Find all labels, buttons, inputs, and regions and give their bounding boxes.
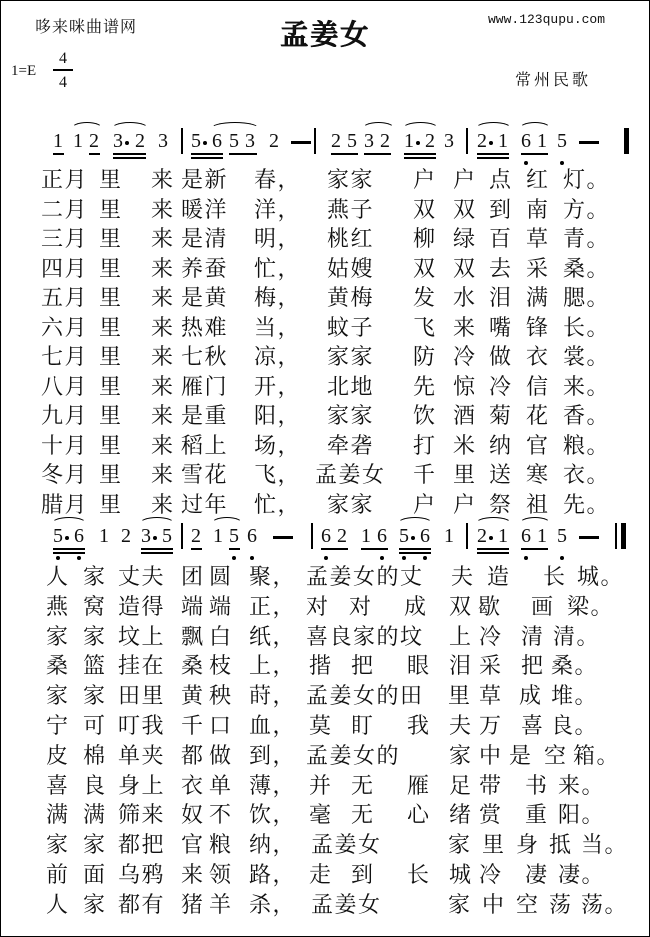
lyric-syllable: 足 — [449, 773, 473, 799]
key-signature: 1=E — [11, 63, 36, 80]
lyric-syllable: 三月 — [41, 226, 88, 252]
octave-dot — [402, 556, 406, 560]
sixteenth-beam — [53, 548, 85, 554]
lyric-syllable: 来 — [151, 285, 175, 311]
note-digit: 6 — [521, 130, 531, 152]
lyric-syllable: 纸， — [249, 624, 296, 650]
lyric-syllable: 盯 — [351, 713, 375, 739]
lyric-syllable: 桑。 — [551, 653, 598, 679]
lyric-syllable: 防 — [413, 344, 437, 370]
lyric-syllable: 里 — [99, 492, 123, 518]
meter-fraction-bar — [53, 69, 73, 71]
lyric-syllable: 叮我 — [118, 713, 165, 739]
lyric-syllable: 腮。 — [563, 285, 610, 311]
lyric-syllable: 户 — [413, 492, 437, 518]
lyric-syllable: 成 — [404, 594, 428, 620]
lyric-syllable: 都有 — [118, 892, 165, 918]
lyric-syllable: 里 — [99, 315, 123, 341]
lyric-syllable: 阳， — [254, 403, 301, 429]
lyric-syllable: 桑 — [46, 653, 70, 679]
lyric-syllable: 中 — [479, 743, 503, 769]
eighth-beam — [361, 548, 388, 550]
eighth-beam — [53, 153, 64, 155]
lyric-syllable: 纳 — [489, 433, 513, 459]
lyric-syllable: 衣。 — [563, 462, 610, 488]
lyric-syllable: 粮。 — [563, 433, 610, 459]
lyric-syllable: 米 — [453, 433, 477, 459]
lyric-row: 腊月里来过年忙，家家户户祭祖先。 — [1, 492, 650, 532]
lyric-syllable: 去 — [489, 256, 513, 282]
lyric-syllable: 来 — [151, 197, 175, 223]
lyric-syllable: 我 — [407, 713, 431, 739]
lyric-syllable: 不 — [209, 802, 233, 828]
note-digit: 5 — [557, 130, 567, 152]
lyric-syllable: 造得 — [118, 594, 165, 620]
dot-separator — [489, 536, 493, 540]
lyric-syllable: 成 — [519, 683, 543, 709]
lyric-syllable: 丈夫 — [118, 564, 165, 590]
lyric-syllable: 清。 — [553, 624, 600, 650]
lyric-syllable: 皮 — [46, 743, 70, 769]
lyric-syllable: 里 — [448, 683, 472, 709]
lyric-syllable: 良。 — [551, 713, 598, 739]
lyric-syllable: 冷 — [453, 344, 477, 370]
lyric-syllable: 嘴 — [489, 315, 513, 341]
lyric-syllable: 到， — [249, 743, 296, 769]
lyric-syllable: 是 — [509, 743, 533, 769]
lyric-syllable: 来 — [151, 492, 175, 518]
lyric-syllable: 梁。 — [567, 594, 614, 620]
lyric-syllable: 到 — [351, 862, 375, 888]
lyric-syllable: 棉 — [83, 743, 107, 769]
lyric-syllable: 二月 — [41, 197, 88, 223]
dot-separator — [125, 141, 129, 145]
lyric-syllable: 里 — [99, 433, 123, 459]
lyric-syllable: 衣 — [526, 344, 550, 370]
octave-dot — [560, 161, 564, 165]
lyric-syllable: 梅， — [254, 285, 301, 311]
barline — [314, 128, 316, 154]
lyric-syllable: 雪花 — [181, 462, 228, 488]
lyric-syllable: 送 — [489, 462, 513, 488]
octave-dot — [250, 556, 254, 560]
lyric-syllable: 聚， — [249, 564, 296, 590]
lyric-syllable: 花 — [526, 403, 550, 429]
lyric-syllable: 歇 — [478, 594, 502, 620]
lyric-syllable: 挂在 — [118, 653, 165, 679]
lyric-syllable: 都 — [181, 743, 205, 769]
lyric-syllable: 夫 — [449, 713, 473, 739]
lyric-syllable: 孟姜女的 — [306, 743, 400, 769]
lyric-syllable: 双 — [453, 197, 477, 223]
lyric-syllable: 蚊子 — [327, 315, 374, 341]
time-signature: 4 4 — [53, 49, 73, 92]
lyric-syllable: 可 — [83, 713, 107, 739]
lyric-syllable: 喜 — [521, 713, 545, 739]
octave-dot — [324, 556, 328, 560]
lyric-syllable: 奴 — [181, 802, 205, 828]
lyric-syllable: 水 — [453, 285, 477, 311]
lyric-syllable: 饮 — [413, 403, 437, 429]
lyric-syllable: 先 — [413, 374, 437, 400]
lyric-syllable: 圆 — [209, 564, 233, 590]
lyric-syllable: 场， — [254, 433, 301, 459]
lyric-syllable: 杀， — [249, 892, 296, 918]
lyric-syllable: 柳 — [413, 226, 437, 252]
note-digit: 2 — [380, 130, 390, 152]
lyric-syllable: 牵砻 — [327, 433, 374, 459]
lyric-syllable: 无 — [351, 773, 375, 799]
lyric-syllable: 打 — [413, 433, 437, 459]
lyric-syllable: 做 — [209, 743, 233, 769]
lyric-syllable: 无 — [351, 802, 375, 828]
lyric-syllable: 家 — [46, 624, 70, 650]
lyric-syllable: 雁门 — [181, 374, 228, 400]
lyric-syllable: 抵 — [549, 832, 573, 858]
note-digit: 1 — [53, 130, 63, 152]
lyric-syllable: 桑 — [181, 653, 205, 679]
lyric-syllable: 双 — [449, 594, 473, 620]
lyric-syllable: 燕 — [46, 594, 70, 620]
lyric-syllable: 南 — [526, 197, 550, 223]
lyric-syllable: 燕子 — [327, 197, 374, 223]
lyric-syllable: 桃红 — [327, 226, 374, 252]
lyric-syllable: 长 — [407, 862, 431, 888]
lyric-syllable: 绪 — [449, 802, 473, 828]
note-digit: 3 — [364, 130, 374, 152]
lyric-syllable: 前 — [46, 862, 70, 888]
lyric-syllable: 四月 — [41, 256, 88, 282]
octave-dot — [232, 556, 236, 560]
eighth-beam — [364, 153, 391, 155]
lyric-syllable: 万 — [479, 713, 503, 739]
lyric-syllable: 信 — [526, 374, 550, 400]
eighth-beam — [521, 548, 548, 550]
note-digit: 3 — [245, 130, 255, 152]
lyric-syllable: 泪 — [489, 285, 513, 311]
lyric-syllable: 赏 — [479, 802, 503, 828]
lyric-syllable: 凄 — [525, 862, 549, 888]
lyric-syllable: 采 — [526, 256, 550, 282]
lyric-syllable: 里 — [482, 832, 506, 858]
lyric-syllable: 家 — [83, 832, 107, 858]
lyric-syllable: 家 — [448, 892, 472, 918]
sixteenth-beam — [191, 153, 223, 159]
lyric-syllable: 羊 — [209, 892, 233, 918]
lyric-syllable: 城 — [449, 862, 473, 888]
lyric-syllable: 黄梅 — [327, 285, 374, 311]
lyric-syllable: 里 — [453, 462, 477, 488]
lyric-syllable: 洋， — [254, 197, 301, 223]
lyric-syllable: 莳， — [249, 683, 296, 709]
note-digit: 2 — [425, 130, 435, 152]
dot-separator — [416, 141, 420, 145]
eighth-beam — [89, 153, 100, 155]
octave-dot — [77, 556, 81, 560]
lyric-syllable: 泪 — [449, 653, 473, 679]
lyric-syllable: 冷 — [489, 374, 513, 400]
dot-separator — [153, 536, 157, 540]
lyric-syllable: 忙， — [254, 256, 301, 282]
lyric-syllable: 千 — [413, 462, 437, 488]
lyric-syllable: 身上 — [118, 773, 165, 799]
lyric-syllable: 家家 — [327, 403, 374, 429]
lyric-syllable: 寒 — [526, 462, 550, 488]
lyric-syllable: 端 — [209, 594, 233, 620]
note-digit: 3 — [158, 130, 168, 152]
duration-dash — [291, 141, 311, 144]
lyric-syllable: 桑。 — [563, 256, 610, 282]
lyric-syllable: 家家 — [327, 167, 374, 193]
lyric-syllable: 腊月 — [41, 492, 88, 518]
octave-dot — [560, 556, 564, 560]
lyric-syllable: 当。 — [581, 832, 628, 858]
sheet-music-page: 哆来咪曲谱网 孟姜女 www.123qupu.com 1=E 4 4 常州民歌 … — [0, 0, 650, 937]
lyric-syllable: 家家 — [327, 344, 374, 370]
lyric-syllable: 里 — [99, 226, 123, 252]
lyric-syllable: 箱。 — [573, 743, 620, 769]
lyric-syllable: 里 — [99, 285, 123, 311]
end-barline — [624, 128, 629, 154]
lyric-syllable: 单 — [209, 773, 233, 799]
lyric-syllable: 面 — [83, 862, 107, 888]
sixteenth-beam — [399, 548, 431, 554]
lyric-syllable: 满 — [83, 802, 107, 828]
lyric-syllable: 毫 — [309, 802, 333, 828]
lyric-syllable: 来 — [151, 344, 175, 370]
lyric-syllable: 里 — [99, 344, 123, 370]
song-origin: 常州民歌 — [515, 67, 591, 90]
lyric-syllable: 造 — [487, 564, 511, 590]
eighth-beam — [521, 153, 548, 155]
lyric-syllable: 千 — [181, 713, 205, 739]
meter-numerator: 4 — [53, 49, 73, 68]
lyric-syllable: 当， — [254, 315, 301, 341]
lyric-syllable: 双 — [413, 197, 437, 223]
note-digit: 1 — [498, 130, 508, 152]
lyric-syllable: 香。 — [563, 403, 610, 429]
lyric-syllable: 来。 — [563, 374, 610, 400]
lyric-syllable: 血， — [249, 713, 296, 739]
lyric-syllable: 走 — [309, 862, 333, 888]
lyric-syllable: 长 — [543, 564, 567, 590]
lyric-syllable: 满 — [46, 802, 70, 828]
site-url: www.123qupu.com — [488, 12, 605, 27]
note-digit: 2 — [135, 130, 145, 152]
lyric-syllable: 来 — [151, 315, 175, 341]
octave-dot — [56, 556, 60, 560]
sixteenth-beam — [477, 153, 509, 159]
lyric-syllable: 姑嫂 — [327, 256, 374, 282]
lyric-syllable: 是清 — [181, 226, 228, 252]
note-digit: 2 — [269, 130, 279, 152]
lyric-syllable: 清 — [521, 624, 545, 650]
lyric-syllable: 孟姜女 — [315, 462, 386, 488]
lyric-syllable: 对 — [349, 594, 373, 620]
lyric-syllable: 到 — [489, 197, 513, 223]
lyric-syllable: 人 — [46, 892, 70, 918]
lyric-syllable: 书 — [525, 773, 549, 799]
lyric-syllable: 薄， — [249, 773, 296, 799]
lyric-syllable: 空 — [544, 743, 568, 769]
lyric-syllable: 双 — [453, 256, 477, 282]
lyric-syllable: 猪 — [181, 892, 205, 918]
lyric-syllable: 筛来 — [118, 802, 165, 828]
duration-dash — [579, 536, 599, 539]
lyric-syllable: 红 — [526, 167, 550, 193]
lyric-syllable: 来 — [453, 315, 477, 341]
lyric-syllable: 青。 — [563, 226, 610, 252]
lyric-syllable: 养蚕 — [181, 256, 228, 282]
lyric-syllable: 雁 — [407, 773, 431, 799]
sixteenth-beam — [477, 548, 509, 554]
eighth-beam — [229, 548, 240, 550]
lyric-syllable: 心 — [407, 802, 431, 828]
lyric-syllable: 是重 — [181, 403, 228, 429]
barline — [466, 128, 468, 154]
lyric-syllable: 家 — [46, 832, 70, 858]
dot-separator — [203, 141, 207, 145]
lyric-syllable: 家 — [46, 683, 70, 709]
lyric-syllable: 官 — [526, 433, 550, 459]
lyric-syllable: 眼 — [407, 653, 431, 679]
lyric-syllable: 荡。 — [581, 892, 628, 918]
lyric-syllable: 坟上 — [118, 624, 165, 650]
lyric-syllable: 衣 — [181, 773, 205, 799]
lyric-syllable: 暖洋 — [181, 197, 228, 223]
lyric-row: 人家都有猪羊杀，孟姜女家中空荡荡。 — [1, 892, 650, 932]
lyric-syllable: 里 — [99, 403, 123, 429]
lyric-syllable: 上 — [449, 624, 473, 650]
lyric-syllable: 家 — [83, 564, 107, 590]
lyric-syllable: 孟姜女的田 — [306, 683, 424, 709]
lyric-syllable: 黄 — [181, 683, 205, 709]
lyric-syllable: 开， — [254, 374, 301, 400]
note-digit: 1 — [73, 130, 83, 152]
note-digit: 1 — [404, 130, 414, 152]
sixteenth-beam — [141, 548, 173, 554]
lyric-syllable: 身 — [516, 832, 540, 858]
note-digit: 5 — [229, 130, 239, 152]
lyric-syllable: 夫 — [451, 564, 475, 590]
note-digit: 3 — [113, 130, 123, 152]
duration-dash — [273, 536, 293, 539]
lyric-syllable: 八月 — [41, 374, 88, 400]
lyric-syllable: 孟姜女的丈 — [306, 564, 424, 590]
lyric-syllable: 锋 — [526, 315, 550, 341]
lyric-syllable: 来 — [181, 862, 205, 888]
note-digit: 2 — [477, 130, 487, 152]
lyric-syllable: 重 — [525, 802, 549, 828]
lyric-syllable: 乌鸦 — [118, 862, 165, 888]
lyric-syllable: 家 — [83, 892, 107, 918]
lyric-syllable: 裳。 — [563, 344, 610, 370]
lyric-syllable: 正， — [249, 594, 296, 620]
lyric-syllable: 里 — [99, 374, 123, 400]
lyric-syllable: 来。 — [558, 773, 605, 799]
lyric-syllable: 莫 — [309, 713, 333, 739]
lyric-syllable: 发 — [413, 285, 437, 311]
lyric-syllable: 满 — [526, 285, 550, 311]
lyric-syllable: 家 — [83, 683, 107, 709]
lyric-syllable: 喜良家的坟 — [306, 624, 424, 650]
lyric-syllable: 方。 — [563, 197, 610, 223]
lyric-syllable: 粮 — [209, 832, 233, 858]
lyric-syllable: 菊 — [489, 403, 513, 429]
lyric-syllable: 田里 — [118, 683, 165, 709]
lyric-syllable: 冷 — [479, 862, 503, 888]
lyric-syllable: 做 — [489, 344, 513, 370]
lyric-syllable: 热难 — [181, 315, 228, 341]
lyric-syllable: 里 — [99, 462, 123, 488]
note-digit: 3 — [444, 130, 454, 152]
lyric-syllable: 冷 — [479, 624, 503, 650]
lyric-syllable: 阳。 — [558, 802, 605, 828]
lyric-syllable: 绿 — [453, 226, 477, 252]
lyric-syllable: 秧 — [209, 683, 233, 709]
lyric-syllable: 枝 — [209, 653, 233, 679]
lyric-syllable: 来 — [151, 462, 175, 488]
lyric-syllable: 揩 — [309, 653, 333, 679]
lyric-syllable: 来 — [151, 226, 175, 252]
lyric-syllable: 长。 — [563, 315, 610, 341]
lyric-syllable: 官 — [181, 832, 205, 858]
lyric-syllable: 孟姜女 — [311, 892, 382, 918]
lyric-syllable: 饮， — [249, 802, 296, 828]
lyric-syllable: 团 — [181, 564, 205, 590]
note-digit: 2 — [331, 130, 341, 152]
lyric-syllable: 画 — [531, 594, 555, 620]
lyric-syllable: 上， — [249, 653, 296, 679]
lyric-syllable: 来 — [151, 167, 175, 193]
lyric-syllable: 人 — [46, 564, 70, 590]
lyric-syllable: 百 — [489, 226, 513, 252]
lyric-syllable: 中 — [482, 892, 506, 918]
lyric-syllable: 路， — [249, 862, 296, 888]
lyric-syllable: 正月 — [41, 167, 88, 193]
lyric-syllable: 户 — [413, 167, 437, 193]
lyric-syllable: 里 — [99, 197, 123, 223]
lyric-syllable: 稻上 — [181, 433, 228, 459]
lyric-syllable: 来 — [151, 256, 175, 282]
lyric-syllable: 口 — [209, 713, 233, 739]
lyric-syllable: 并 — [309, 773, 333, 799]
note-digit: 5 — [191, 130, 201, 152]
note-digit: 1 — [537, 130, 547, 152]
lyric-syllable: 双 — [413, 256, 437, 282]
lyric-syllable: 空 — [516, 892, 540, 918]
note-digit: 6 — [212, 130, 222, 152]
lyric-syllable: 对 — [306, 594, 330, 620]
lyric-syllable: 带 — [479, 773, 503, 799]
sixteenth-beam — [404, 153, 436, 159]
octave-dot — [524, 556, 528, 560]
sixteenth-beam — [113, 153, 146, 159]
lyric-syllable: 来 — [151, 403, 175, 429]
lyric-syllable: 明， — [254, 226, 301, 252]
lyric-syllable: 篮 — [83, 653, 107, 679]
lyric-syllable: 草 — [526, 226, 550, 252]
lyric-syllable: 北地 — [327, 374, 374, 400]
lyric-syllable: 白 — [209, 624, 233, 650]
lyric-syllable: 端 — [181, 594, 205, 620]
lyric-syllable: 七月 — [41, 344, 88, 370]
lyric-syllable: 是黄 — [181, 285, 228, 311]
note-digit: 5 — [347, 130, 357, 152]
lyric-syllable: 领 — [209, 862, 233, 888]
lyric-syllable: 家家 — [327, 492, 374, 518]
lyric-syllable: 都把 — [118, 832, 165, 858]
